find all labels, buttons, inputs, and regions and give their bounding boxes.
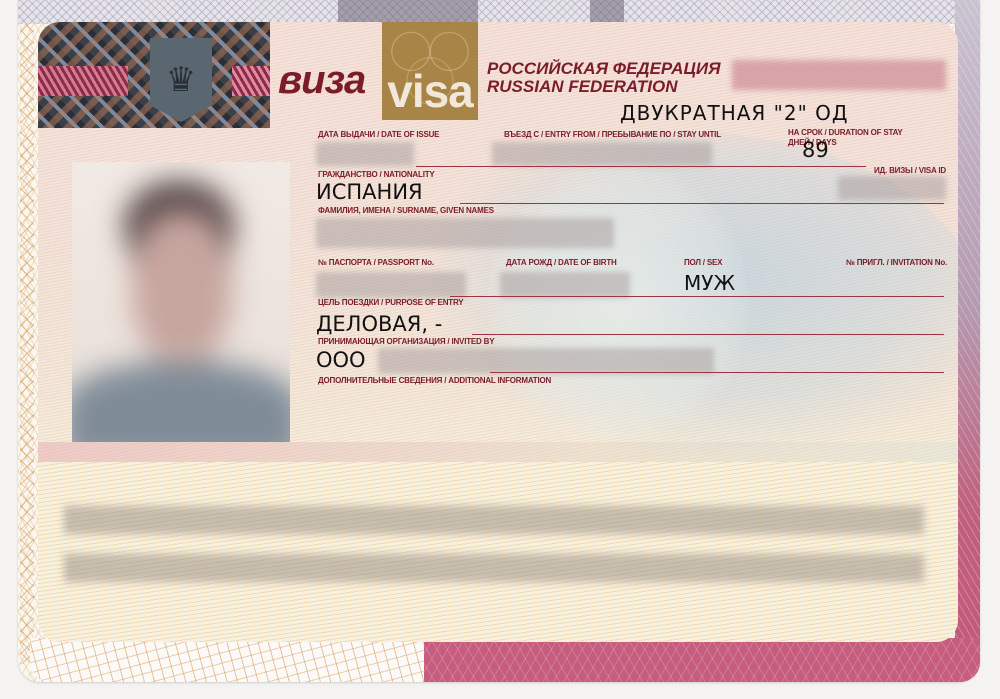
passport-right-border [955,0,980,682]
double-headed-eagle-icon: ♛ [150,38,212,122]
invited-by-value: ООО [316,348,366,372]
sex-value: МУЖ [684,272,735,294]
country-name-en: RUSSIAN FEDERATION [487,78,677,96]
entry-stay-redacted [492,142,712,166]
field-rule [450,296,944,297]
passport-left-guilloche [20,24,34,664]
nationality-value: ИСПАНИЯ [316,180,423,204]
serial-number-redacted [732,60,946,90]
date-of-birth-label: ДАТА РОЖД / DATE OF BIRTH [506,258,617,267]
passport-top-band [18,0,980,24]
eagle-watermark [488,162,748,442]
entry-stay-label: ВЪЕЗД С / ENTRY FROM / ПРЕБЫВАНИЕ ПО / S… [504,130,721,139]
passport-bottom-pink-band [424,638,980,682]
invited-by-redacted [378,348,714,374]
country-name-ru: РОССИЙСКАЯ ФЕДЕРАЦИЯ [487,60,720,78]
visa-logo-box: visa [382,22,478,120]
purpose-value: ДЕЛОВАЯ, - [316,312,442,336]
visa-sticker: ♛ виза visa РОССИЙСКАЯ ФЕДЕРАЦИЯ RUSSIAN… [38,22,958,642]
visa-category: ДВУКРАТНАЯ "2" ОД [620,102,849,124]
field-rule [490,372,944,373]
passport-bottom-guilloche [30,638,424,682]
name-label: ФАМИЛИЯ, ИМЕНА / SURNAME, GIVEN NAMES [318,206,494,215]
passport-top-pattern [338,0,478,22]
name-redacted [316,218,614,248]
field-rule [460,203,944,204]
duration-label: НА СРОК / DURATION OF STAY [788,128,903,137]
holder-photo [72,162,290,442]
viza-title-ru: виза [278,58,365,102]
passport-no-label: № ПАСПОРТА / PASSPORT No. [318,258,434,267]
visa-title-en: visa [387,68,473,114]
date-of-birth-redacted [500,272,630,298]
hologram-pink-bar [232,66,270,96]
visa-id-label: ИД. ВИЗЫ / VISA ID [874,166,946,175]
mrz-line-2-redacted [64,554,924,582]
field-rule [416,166,866,167]
additional-info-label: ДОПОЛНИТЕЛЬНЫЕ СВЕДЕНИЯ / ADDITIONAL INF… [318,376,551,385]
purpose-label: ЦЕЛЬ ПОЕЗДКИ / PURPOSE OF ENTRY [318,298,463,307]
invited-by-label: ПРИНИМАЮЩАЯ ОРГАНИЗАЦИЯ / INVITED BY [318,337,494,346]
passport-top-pattern [590,0,624,22]
nationality-label: ГРАЖДАНСТВО / NATIONALITY [318,170,435,179]
mrz-zone [38,462,958,642]
field-rule [472,334,944,335]
passport-no-redacted [316,272,466,298]
date-of-issue-label: ДАТА ВЫДАЧИ / DATE OF ISSUE [318,130,439,139]
visa-id-redacted [838,176,946,200]
mrz-line-1-redacted [64,506,924,534]
invitation-no-label: № ПРИГЛ. / INVITATION No. [846,258,947,267]
date-of-issue-redacted [316,142,414,166]
sex-label: ПОЛ / SEX [684,258,722,267]
duration-days: 89 [802,138,829,162]
hologram-pink-bar [38,66,128,96]
